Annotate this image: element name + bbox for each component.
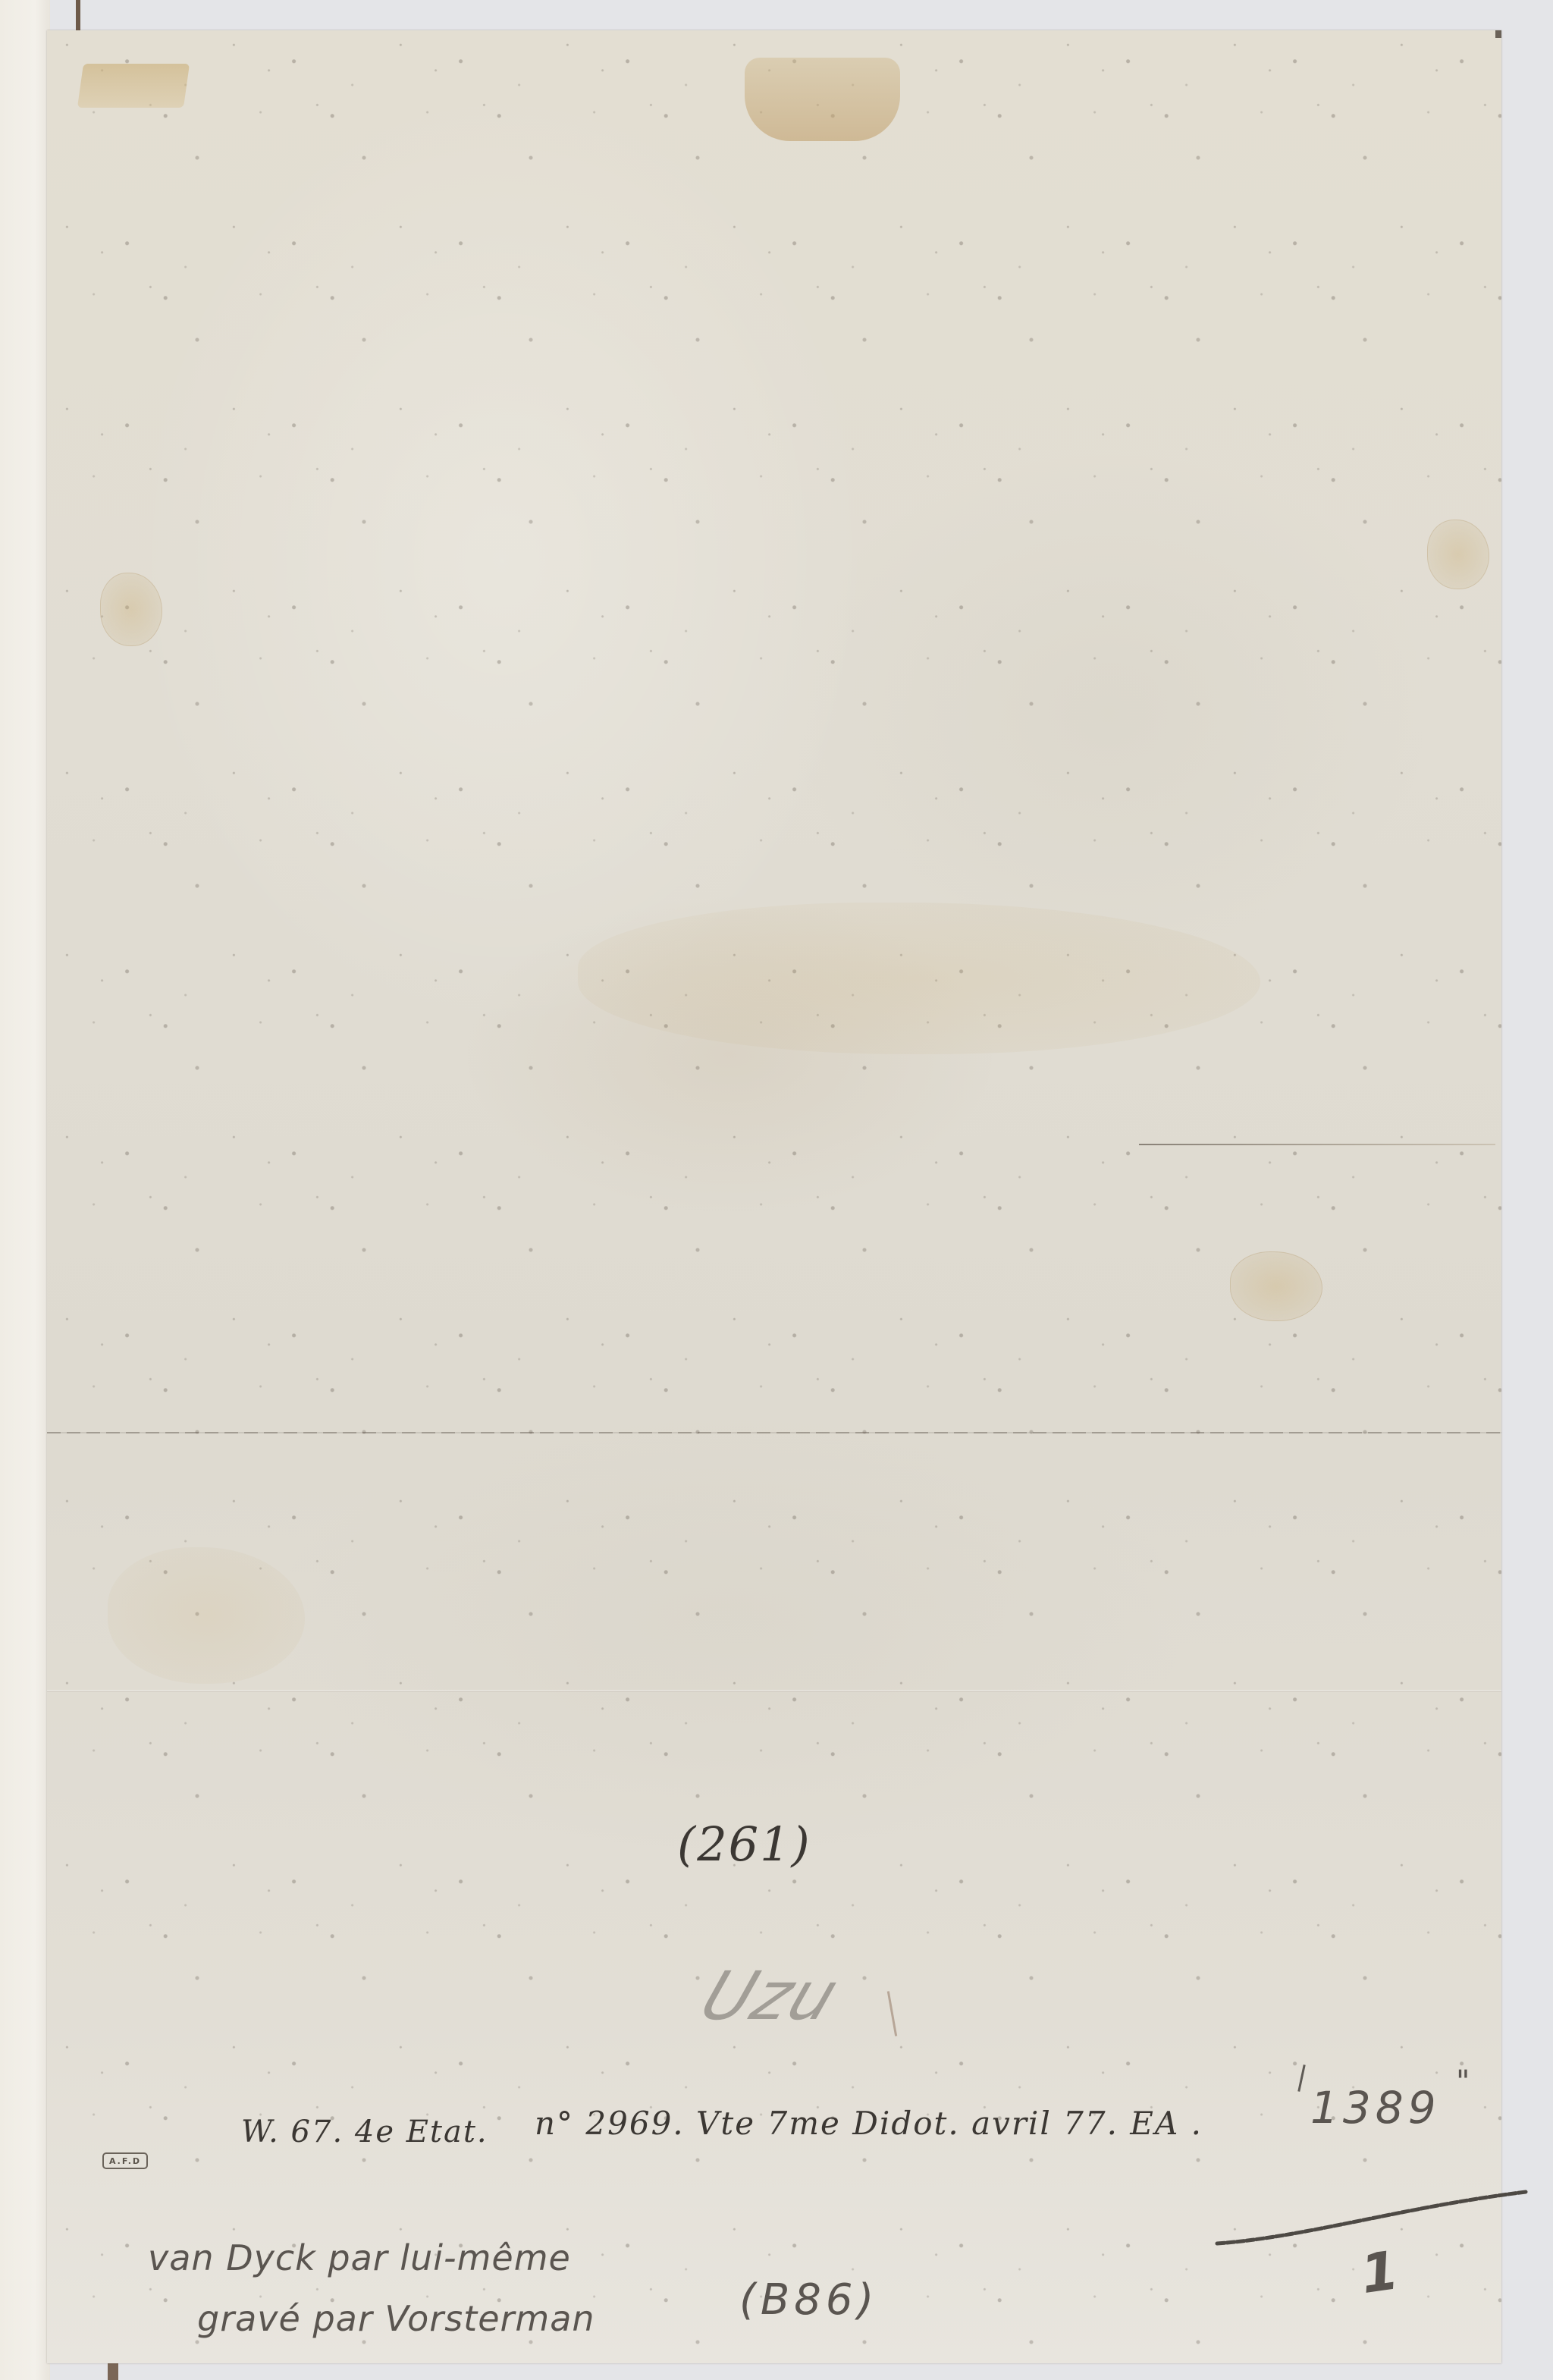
hinge-tape-center [745, 58, 900, 141]
mount-board-left [0, 0, 50, 2380]
sale-note: n° 2969. Vte 7me Didot. avril 77. EA . [535, 2105, 1203, 2142]
inventory-number: (261) [677, 1816, 811, 1872]
hinge-tape-left [77, 64, 190, 108]
sale-note-vente: Vte [696, 2105, 755, 2142]
fold-line-right [1139, 1144, 1495, 1145]
sale-note-no: n° [535, 2105, 574, 2142]
attribution-line-2: gravé par Vorsterman [197, 2298, 595, 2339]
sale-note-seventh: 7me [767, 2105, 840, 2142]
stain-left [100, 573, 162, 646]
collector-stamp: A.F.D [102, 2152, 148, 2169]
fold-line-middle [47, 1432, 1501, 1433]
catalogue-reference: W. 67. 4e Etat. [241, 2115, 488, 2149]
code-number: (B86) [739, 2275, 878, 2325]
price-suffix: " [1456, 2064, 1471, 2099]
fold-line-lower [47, 1690, 1501, 1692]
sale-note-number: 2969. [585, 2105, 684, 2142]
stain-right [1427, 520, 1489, 589]
sale-note-text: Didot. avril 77. EA . [852, 2105, 1203, 2142]
attribution-line-1: van Dyck par lui-même [148, 2237, 571, 2278]
mount-edge-top [76, 0, 80, 34]
stain-center-right [1230, 1251, 1322, 1321]
corner-mark [1495, 30, 1501, 38]
price-amount: 1389 [1310, 2082, 1441, 2134]
